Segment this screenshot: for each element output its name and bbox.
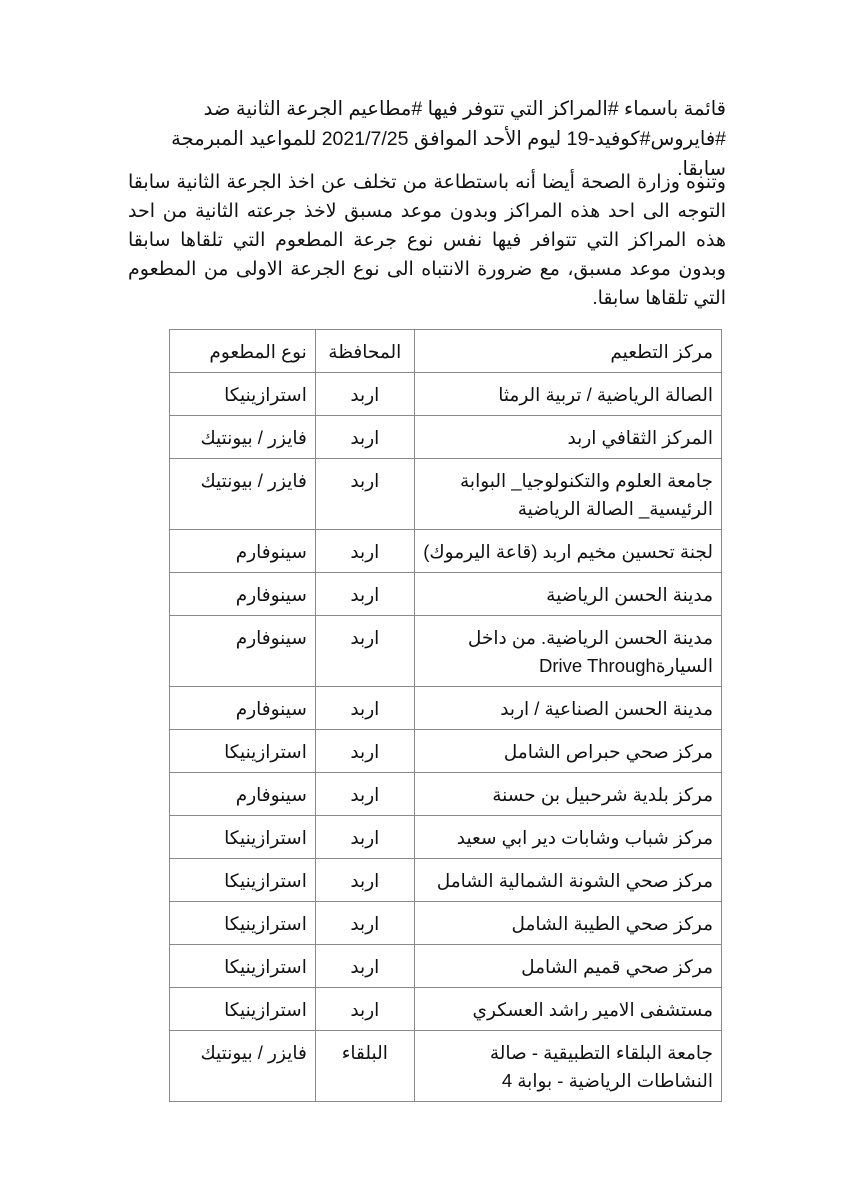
table-header-row: مركز التطعيم المحافظة نوع المطعوم — [170, 330, 722, 373]
cell-center: مركز بلدية شرحبيل بن حسنة — [414, 773, 721, 816]
cell-vaccine: استرازينيكا — [170, 902, 316, 945]
cell-governorate: اربد — [315, 573, 414, 616]
cell-governorate: اربد — [315, 988, 414, 1031]
cell-governorate: اربد — [315, 730, 414, 773]
table-row: مركز صحي حبراص الشامل اربد استرازينيكا — [170, 730, 722, 773]
cell-governorate: اربد — [315, 816, 414, 859]
table-row: مركز شباب وشابات دير ابي سعيد اربد استرا… — [170, 816, 722, 859]
cell-governorate: اربد — [315, 945, 414, 988]
header-center: مركز التطعيم — [414, 330, 721, 373]
cell-center: مدينة الحسن الرياضية — [414, 573, 721, 616]
cell-governorate: البلقاء — [315, 1031, 414, 1102]
cell-governorate: اربد — [315, 687, 414, 730]
table-row: لجنة تحسين مخيم اربد (قاعة اليرموك) اربد… — [170, 530, 722, 573]
cell-vaccine: سينوفارم — [170, 616, 316, 687]
cell-vaccine: فايزر / بيونتيك — [170, 416, 316, 459]
cell-center: مدينة الحسن الرياضية. من داخل السيارةDri… — [414, 616, 721, 687]
table-row: مركز صحي قميم الشامل اربد استرازينيكا — [170, 945, 722, 988]
cell-governorate: اربد — [315, 902, 414, 945]
cell-center: جامعة البلقاء التطبيقية - صالة النشاطات … — [414, 1031, 721, 1102]
cell-vaccine: استرازينيكا — [170, 730, 316, 773]
cell-center: مستشفى الامير راشد العسكري — [414, 988, 721, 1031]
cell-vaccine: سينوفارم — [170, 687, 316, 730]
note-paragraph: وتنوه وزارة الصحة أيضا أنه باستطاعة من ت… — [128, 168, 726, 313]
cell-vaccine: فايزر / بيونتيك — [170, 459, 316, 530]
cell-vaccine: سينوفارم — [170, 773, 316, 816]
table-row: المركز الثقافي اربد اربد فايزر / بيونتيك — [170, 416, 722, 459]
cell-center: مركز صحي الشونة الشمالية الشامل — [414, 859, 721, 902]
cell-vaccine: سينوفارم — [170, 573, 316, 616]
table-row: مركز صحي الطيبة الشامل اربد استرازينيكا — [170, 902, 722, 945]
document-page: قائمة باسماء #المراكز التي تتوفر فيها #م… — [0, 0, 850, 1193]
cell-center: جامعة العلوم والتكنولوجيا_ البوابة الرئي… — [414, 459, 721, 530]
cell-vaccine: استرازينيكا — [170, 859, 316, 902]
cell-center: مدينة الحسن الصناعية / اربد — [414, 687, 721, 730]
table-row: مركز صحي الشونة الشمالية الشامل اربد است… — [170, 859, 722, 902]
cell-center: المركز الثقافي اربد — [414, 416, 721, 459]
cell-vaccine: استرازينيكا — [170, 988, 316, 1031]
cell-center: مركز صحي حبراص الشامل — [414, 730, 721, 773]
cell-center: مركز صحي قميم الشامل — [414, 945, 721, 988]
cell-governorate: اربد — [315, 459, 414, 530]
cell-vaccine: استرازينيكا — [170, 816, 316, 859]
cell-vaccine: فايزر / بيونتيك — [170, 1031, 316, 1102]
table-row: مركز بلدية شرحبيل بن حسنة اربد سينوفارم — [170, 773, 722, 816]
cell-vaccine: استرازينيكا — [170, 373, 316, 416]
table-row: جامعة العلوم والتكنولوجيا_ البوابة الرئي… — [170, 459, 722, 530]
cell-governorate: اربد — [315, 859, 414, 902]
cell-center: مركز شباب وشابات دير ابي سعيد — [414, 816, 721, 859]
cell-governorate: اربد — [315, 416, 414, 459]
header-vaccine: نوع المطعوم — [170, 330, 316, 373]
table-row: مدينة الحسن الرياضية اربد سينوفارم — [170, 573, 722, 616]
cell-center: الصالة الرياضية / تربية الرمثا — [414, 373, 721, 416]
cell-governorate: اربد — [315, 373, 414, 416]
table-row: جامعة البلقاء التطبيقية - صالة النشاطات … — [170, 1031, 722, 1102]
cell-governorate: اربد — [315, 616, 414, 687]
cell-governorate: اربد — [315, 530, 414, 573]
header-governorate: المحافظة — [315, 330, 414, 373]
title-line-1: قائمة باسماء #المراكز التي تتوفر فيها #م… — [128, 94, 726, 124]
ministry-note: وتنوه وزارة الصحة أيضا أنه باستطاعة من ت… — [128, 168, 726, 313]
cell-center: مركز صحي الطيبة الشامل — [414, 902, 721, 945]
table-row: الصالة الرياضية / تربية الرمثا اربد استر… — [170, 373, 722, 416]
cell-vaccine: استرازينيكا — [170, 945, 316, 988]
cell-center: لجنة تحسين مخيم اربد (قاعة اليرموك) — [414, 530, 721, 573]
table-row: مدينة الحسن الرياضية. من داخل السيارةDri… — [170, 616, 722, 687]
table-row: مستشفى الامير راشد العسكري اربد استرازين… — [170, 988, 722, 1031]
cell-governorate: اربد — [315, 773, 414, 816]
vaccination-centers-table: مركز التطعيم المحافظة نوع المطعوم الصالة… — [169, 329, 722, 1102]
cell-vaccine: سينوفارم — [170, 530, 316, 573]
table-row: مدينة الحسن الصناعية / اربد اربد سينوفار… — [170, 687, 722, 730]
